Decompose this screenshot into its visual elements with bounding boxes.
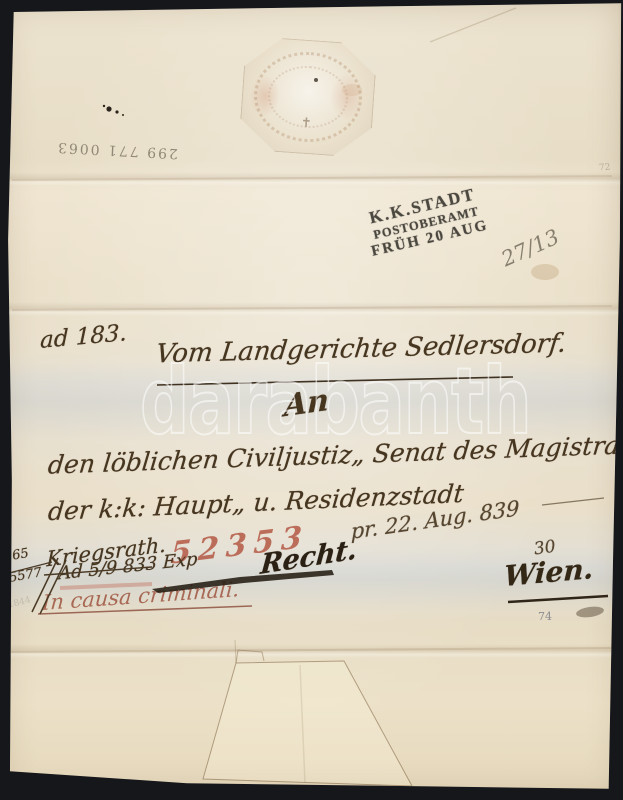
ink-dots xyxy=(103,105,124,116)
paper-shade-band xyxy=(0,362,623,442)
seal-stain xyxy=(328,72,365,122)
crease-diagonal-top xyxy=(430,8,516,42)
fraction-bar xyxy=(5,562,52,574)
ink-marks-overlay xyxy=(0,0,623,800)
docket-number: ad 183. xyxy=(40,320,127,354)
letter-sheet: ✝ 299 771 0063 27/13 74 72 1844 K.K.STAD… xyxy=(0,0,623,800)
pencil-number-74: 74 xyxy=(538,610,552,623)
pencil-number-72: 72 xyxy=(599,163,611,174)
seal-dotted-ring xyxy=(251,48,365,145)
embossed-paper-seal: ✝ xyxy=(238,36,378,159)
underline-office xyxy=(44,567,152,575)
fold-crease xyxy=(0,302,623,316)
fold-crease xyxy=(0,172,623,186)
ink-smudge-right xyxy=(575,605,604,619)
date-note-secondary: 30 xyxy=(533,537,557,560)
address-line1: den löblichen Civiljustiz„ Senat des Mag… xyxy=(47,429,623,479)
flap-outline xyxy=(203,661,412,786)
postmark-line3: FRÜH 20 AUG xyxy=(346,212,514,266)
underline-sender xyxy=(157,377,513,385)
crease-line-bottom xyxy=(10,648,612,652)
office-note: Kriegsrath. xyxy=(46,533,166,572)
pencil-rate-fraction: 27/13 xyxy=(498,225,563,272)
address-line2: der k:k: Haupt„ u. Residenzstadt xyxy=(47,479,465,526)
underline-wien xyxy=(508,596,608,602)
registry-note: Ad 5/9 833 Exp xyxy=(58,549,198,585)
darabanth-watermark: darabanth xyxy=(140,356,530,448)
underline-latin xyxy=(38,606,252,614)
double-slash-1 xyxy=(32,558,58,612)
seal-inner-ring xyxy=(266,63,350,130)
latin-note: In causa criminali. xyxy=(41,577,240,615)
flap-upper-crease xyxy=(235,640,236,663)
signature-underline-swoosh xyxy=(152,570,334,593)
registry-fraction-denominator: 5577 xyxy=(8,565,43,586)
paper-shade-band xyxy=(0,548,623,612)
photo-background: ✝ 299 771 0063 27/13 74 72 1844 K.K.STAD… xyxy=(0,0,623,800)
red-crayon-smear xyxy=(60,584,152,588)
registry-fraction-numerator: 565 xyxy=(3,546,30,565)
salutation-an: An xyxy=(284,383,330,425)
seal-stain xyxy=(249,74,282,118)
brown-stain xyxy=(531,264,559,280)
red-crayon-number: 52353 xyxy=(170,519,310,571)
pencil-margin-note: 1844 xyxy=(7,595,32,610)
signature-flourish: Recht. xyxy=(259,534,358,581)
city-postmark: K.K.STADT POSTOBERAMT FRÜH 20 AUG xyxy=(338,178,513,266)
postmark-line1: K.K.STADT xyxy=(338,178,506,235)
overline-date xyxy=(542,498,604,505)
crease-line-mid xyxy=(12,306,612,310)
flap-notch xyxy=(236,650,264,663)
pencil-catalog-number: 299 771 0063 xyxy=(56,139,179,161)
sender-line: Vom Landgerichte Sedlersdorf. xyxy=(154,329,568,370)
seal-cross-glyph: ✝ xyxy=(300,116,312,132)
small-stain xyxy=(342,84,362,96)
destination-wien: Wien. xyxy=(503,552,594,593)
fold-crease xyxy=(0,644,623,658)
crease-line-top xyxy=(12,176,612,180)
double-slash-2 xyxy=(40,560,66,614)
flap-center-fold xyxy=(300,665,305,783)
seal-center-dot xyxy=(314,78,318,82)
date-note: pr. 22. Aug. 839 xyxy=(351,496,520,544)
postmark-line2: POSTOBERAMT xyxy=(343,197,510,249)
